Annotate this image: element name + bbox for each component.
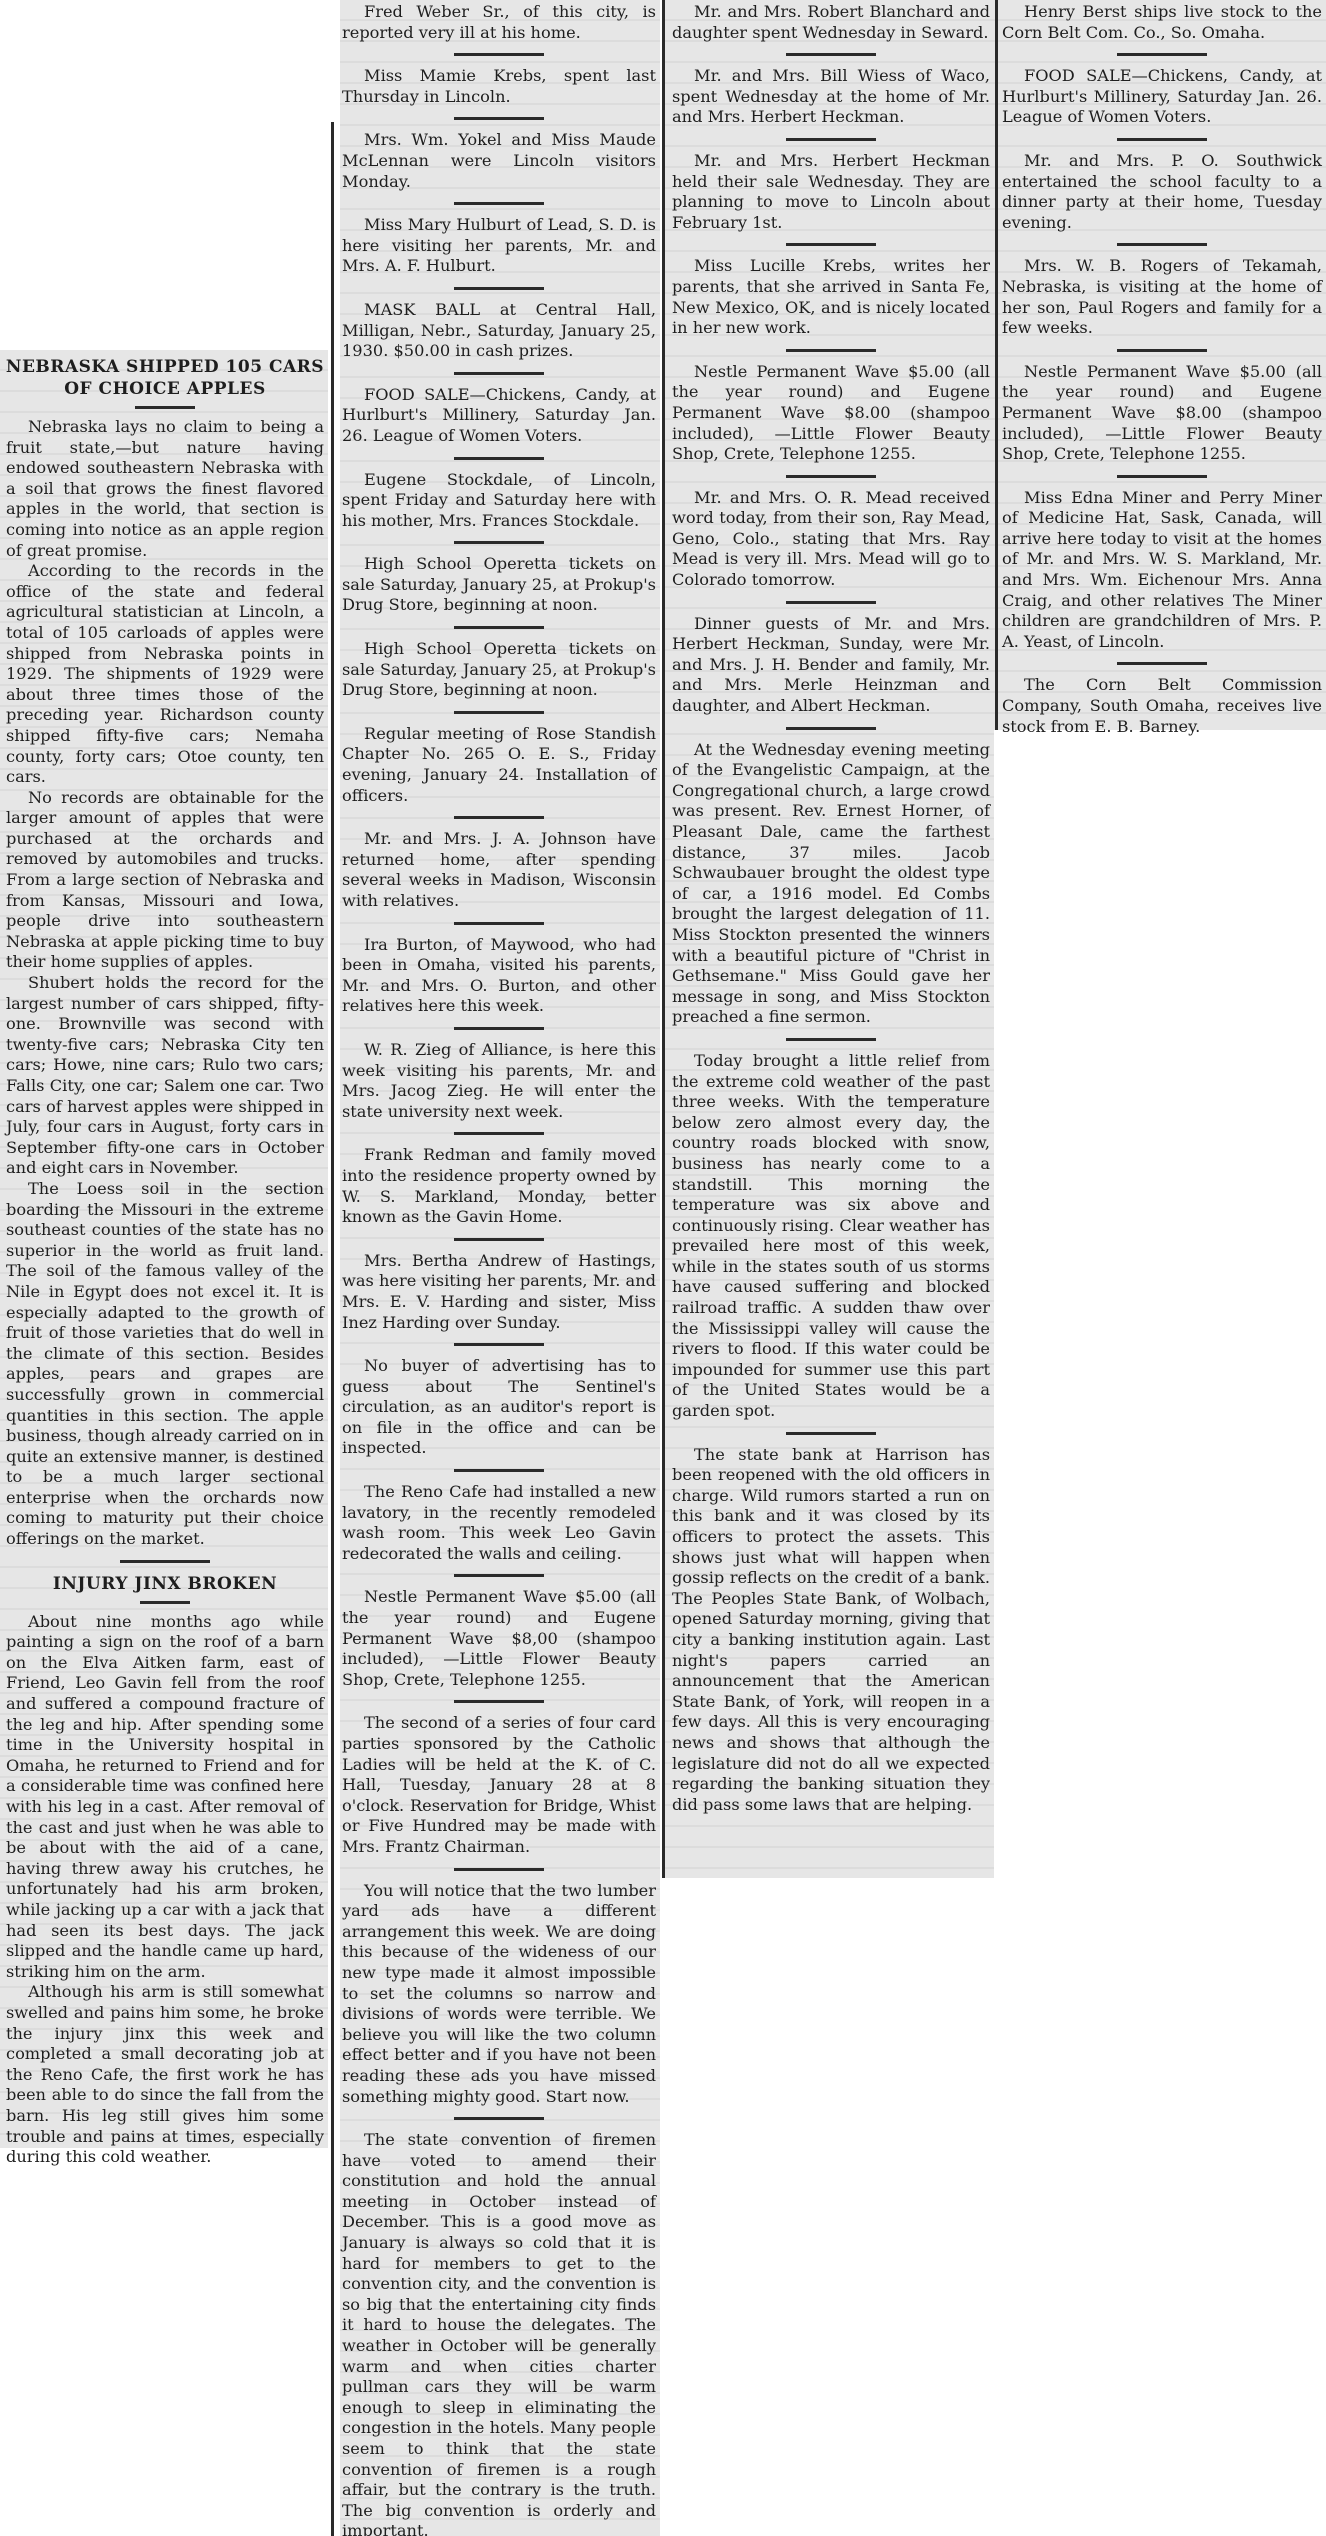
separator-rule — [786, 727, 876, 730]
column-rule — [331, 122, 334, 2536]
separator-rule — [454, 2117, 544, 2120]
news-item: Mr. and Mrs. P. O. Southwick entertained… — [998, 151, 1326, 233]
news-item: The Corn Belt Commission Company, South … — [998, 675, 1326, 737]
news-item: At the Wednesday evening meeting of the … — [668, 740, 994, 1028]
news-item-text: Ira Burton, of Maywood, who had been in … — [342, 935, 656, 1017]
news-item-text: Eugene Stockdale, of Lincoln, spent Frid… — [342, 470, 656, 532]
news-item: Nestle Permanent Wave $5.00 (all the yea… — [338, 1587, 660, 1690]
separator-rule — [454, 53, 544, 56]
paragraph: Shubert holds the record for the largest… — [6, 973, 324, 1179]
separator-rule — [786, 349, 876, 352]
news-item-text: Fred Weber Sr., of this city, is reporte… — [342, 2, 656, 43]
news-item-text: Miss Edna Miner and Perry Miner of Medic… — [1002, 488, 1322, 653]
news-item-text: Dinner guests of Mr. and Mrs. Herbert He… — [672, 614, 990, 717]
separator-rule — [1117, 475, 1207, 478]
news-item: Frank Redman and family moved into the r… — [338, 1145, 660, 1227]
news-item: Miss Lucille Krebs, writes her parents, … — [668, 256, 994, 338]
separator-rule — [454, 1868, 544, 1871]
separator-rule — [786, 243, 876, 246]
separator-rule — [454, 1238, 544, 1241]
paragraph: Although his arm is still somewhat swell… — [6, 1982, 324, 2167]
news-item-text: The state convention of firemen have vot… — [342, 2130, 656, 2536]
paragraph: According to the records in the office o… — [6, 561, 324, 788]
news-item-text: Regular meeting of Rose Standish Chapter… — [342, 724, 656, 806]
news-item-text: W. R. Zieg of Alliance, is here this wee… — [342, 1040, 656, 1122]
news-item-text: Frank Redman and family moved into the r… — [342, 1145, 656, 1227]
news-item: Mr. and Mrs. O. R. Mead received word to… — [668, 488, 994, 591]
column-3: Mr. and Mrs. Robert Blanchard and daught… — [668, 2, 994, 1815]
news-item: No buyer of advertising has to guess abo… — [338, 1356, 660, 1459]
separator-rule — [454, 117, 544, 120]
paragraph: About nine months ago while painting a s… — [6, 1612, 324, 1983]
news-item: You will notice that the two lumber yard… — [338, 1881, 660, 2108]
separator-rule — [454, 1700, 544, 1703]
news-item: Mr. and Mrs. Robert Blanchard and daught… — [668, 2, 994, 43]
headline: INJURY JINX BROKEN — [2, 1573, 328, 1595]
news-item: Dinner guests of Mr. and Mrs. Herbert He… — [668, 614, 994, 717]
news-item-text: Miss Mamie Krebs, spent last Thursday in… — [342, 66, 656, 107]
news-item: Fred Weber Sr., of this city, is reporte… — [338, 2, 660, 43]
news-item-text: The second of a series of four card part… — [342, 1713, 656, 1857]
separator-rule — [786, 601, 876, 604]
news-item: W. R. Zieg of Alliance, is here this wee… — [338, 1040, 660, 1122]
separator-rule — [454, 457, 544, 460]
news-item-text: The Reno Cafe had installed a new lavato… — [342, 1482, 656, 1564]
news-item: MASK BALL at Central Hall, Milligan, Neb… — [338, 300, 660, 362]
separator-rule — [1117, 349, 1207, 352]
separator-rule — [454, 202, 544, 205]
news-item: Mrs. Bertha Andrew of Hastings, was here… — [338, 1251, 660, 1333]
news-item-text: Mr. and Mrs. Robert Blanchard and daught… — [672, 2, 990, 43]
news-item-text: FOOD SALE—Chickens, Candy, at Hurlburt's… — [1002, 66, 1322, 128]
news-item: The Reno Cafe had installed a new lavato… — [338, 1482, 660, 1564]
separator-rule — [454, 372, 544, 375]
separator-rule — [786, 475, 876, 478]
news-item: Nestle Permanent Wave $5.00 (all the yea… — [668, 362, 994, 465]
news-item: Mr. and Mrs. Bill Wiess of Waco, spent W… — [668, 66, 994, 128]
paragraph: No records are obtainable for the larger… — [6, 788, 324, 973]
article-body: Nebraska lays no claim to being a fruit … — [2, 417, 328, 1550]
separator-rule — [454, 626, 544, 629]
news-item-text: No buyer of advertising has to guess abo… — [342, 1356, 656, 1459]
news-item-text: Mr. and Mrs. Bill Wiess of Waco, spent W… — [672, 66, 990, 128]
news-item-text: Henry Berst ships live stock to the Corn… — [1002, 2, 1322, 43]
news-item: Henry Berst ships live stock to the Corn… — [998, 2, 1326, 43]
headline: NEBRASKA SHIPPED 105 CARS OF CHOICE APPL… — [2, 356, 328, 400]
news-item: High School Operetta tickets on sale Sat… — [338, 639, 660, 701]
separator-rule — [1117, 138, 1207, 141]
news-item: Ira Burton, of Maywood, who had been in … — [338, 935, 660, 1017]
separator-rule — [454, 1343, 544, 1346]
separator-rule — [786, 53, 876, 56]
news-item: Mrs. Wm. Yokel and Miss Maude McLennan w… — [338, 130, 660, 192]
news-item: Mr. and Mrs. Herbert Heckman held their … — [668, 151, 994, 233]
news-item: Today brought a little relief from the e… — [668, 1051, 994, 1422]
article-apples: NEBRASKA SHIPPED 105 CARS OF CHOICE APPL… — [2, 356, 328, 1550]
news-item-text: Mr. and Mrs. J. A. Johnson have returned… — [342, 829, 656, 911]
column-rule — [662, 0, 665, 1878]
column-2: Fred Weber Sr., of this city, is reporte… — [338, 2, 660, 2536]
separator-rule — [454, 1027, 544, 1030]
news-item-text: High School Operetta tickets on sale Sat… — [342, 554, 656, 616]
news-item-text: FOOD SALE—Chickens, Candy, at Hurlburt's… — [342, 385, 656, 447]
news-item-text: Mrs. Wm. Yokel and Miss Maude McLennan w… — [342, 130, 656, 192]
news-item: The second of a series of four card part… — [338, 1713, 660, 1857]
news-item: FOOD SALE—Chickens, Candy, at Hurlburt's… — [998, 66, 1326, 128]
news-item-text: Miss Mary Hulburt of Lead, S. D. is here… — [342, 215, 656, 277]
news-item-text: Nestle Permanent Wave $5.00 (all the yea… — [342, 1587, 656, 1690]
separator-rule — [786, 1038, 876, 1041]
news-item-text: Mr. and Mrs. O. R. Mead received word to… — [672, 488, 990, 591]
news-item: The state convention of firemen have vot… — [338, 2130, 660, 2536]
news-item-text: You will notice that the two lumber yard… — [342, 1881, 656, 2108]
separator-rule — [1117, 662, 1207, 665]
paragraph: The Loess soil in the section boarding t… — [6, 1179, 324, 1550]
news-item-text: The state bank at Harrison has been reop… — [672, 1445, 990, 1816]
column-1: NEBRASKA SHIPPED 105 CARS OF CHOICE APPL… — [2, 352, 328, 2168]
separator-rule — [120, 1560, 210, 1563]
news-item: Miss Edna Miner and Perry Miner of Medic… — [998, 488, 1326, 653]
news-item: Mrs. W. B. Rogers of Tekamah, Nebraska, … — [998, 256, 1326, 338]
news-item-text: At the Wednesday evening meeting of the … — [672, 740, 990, 1028]
separator-rule — [135, 406, 195, 409]
separator-rule — [454, 287, 544, 290]
separator-rule — [454, 922, 544, 925]
news-item: Miss Mamie Krebs, spent last Thursday in… — [338, 66, 660, 107]
news-item-text: Today brought a little relief from the e… — [672, 1051, 990, 1422]
news-item-text: Miss Lucille Krebs, writes her parents, … — [672, 256, 990, 338]
news-item: The state bank at Harrison has been reop… — [668, 1445, 994, 1816]
news-item-text: The Corn Belt Commission Company, South … — [1002, 675, 1322, 737]
separator-rule — [454, 1132, 544, 1135]
news-item: FOOD SALE—Chickens, Candy, at Hurlburt's… — [338, 385, 660, 447]
news-item-text: Nestle Permanent Wave $5.00 (all the yea… — [672, 362, 990, 465]
news-item-text: Mr. and Mrs. Herbert Heckman held their … — [672, 151, 990, 233]
news-item: Mr. and Mrs. J. A. Johnson have returned… — [338, 829, 660, 911]
news-item-text: High School Operetta tickets on sale Sat… — [342, 639, 656, 701]
article-injury-jinx: INJURY JINX BROKEN About nine months ago… — [2, 1573, 328, 2168]
separator-rule — [1117, 243, 1207, 246]
news-item-text: MASK BALL at Central Hall, Milligan, Neb… — [342, 300, 656, 362]
separator-rule — [454, 1469, 544, 1472]
news-item-text: Mr. and Mrs. P. O. Southwick entertained… — [1002, 151, 1322, 233]
separator-rule — [140, 1601, 190, 1604]
article-body: About nine months ago while painting a s… — [2, 1612, 328, 2168]
separator-rule — [1117, 53, 1207, 56]
separator-rule — [454, 541, 544, 544]
separator-rule — [454, 816, 544, 819]
paragraph: Nebraska lays no claim to being a fruit … — [6, 417, 324, 561]
separator-rule — [454, 1574, 544, 1577]
separator-rule — [454, 711, 544, 714]
news-item: Regular meeting of Rose Standish Chapter… — [338, 724, 660, 806]
news-item: Eugene Stockdale, of Lincoln, spent Frid… — [338, 470, 660, 532]
news-item-text: Mrs. Bertha Andrew of Hastings, was here… — [342, 1251, 656, 1333]
news-item: Miss Mary Hulburt of Lead, S. D. is here… — [338, 215, 660, 277]
news-item-text: Nestle Permanent Wave $5.00 (all the yea… — [1002, 362, 1322, 465]
news-item: Nestle Permanent Wave $5.00 (all the yea… — [998, 362, 1326, 465]
separator-rule — [786, 1432, 876, 1435]
news-item: High School Operetta tickets on sale Sat… — [338, 554, 660, 616]
column-4: Henry Berst ships live stock to the Corn… — [998, 2, 1326, 737]
separator-rule — [786, 138, 876, 141]
news-item-text: Mrs. W. B. Rogers of Tekamah, Nebraska, … — [1002, 256, 1322, 338]
